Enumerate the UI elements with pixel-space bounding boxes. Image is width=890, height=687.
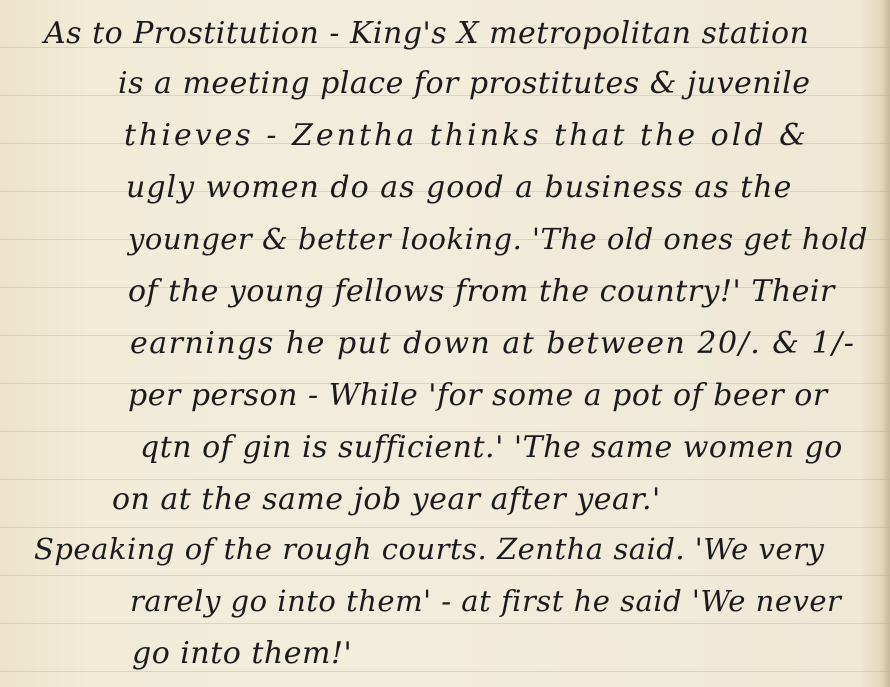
manuscript-line-7: earnings he put down at between 20/. & 1… bbox=[130, 326, 855, 361]
manuscript-line-8: per person - While 'for some a pot of be… bbox=[128, 378, 828, 413]
manuscript-line-4: ugly women do as good a business as the bbox=[126, 170, 792, 205]
manuscript-line-3: thieves - Zentha thinks that the old & bbox=[124, 118, 809, 153]
manuscript-line-2: is a meeting place for prostitutes & juv… bbox=[118, 66, 811, 101]
manuscript-line-1: As to Prostitution - King's X metropolit… bbox=[44, 16, 809, 51]
manuscript-page: As to Prostitution - King's X metropolit… bbox=[0, 0, 890, 687]
manuscript-line-11: Speaking of the rough courts. Zentha sai… bbox=[34, 532, 824, 566]
manuscript-line-12: rarely go into them' - at first he said … bbox=[130, 584, 841, 618]
manuscript-line-10: on at the same job year after year.' bbox=[112, 482, 661, 517]
manuscript-line-13: go into them!' bbox=[132, 636, 352, 671]
page-edge-shadow bbox=[882, 0, 890, 687]
manuscript-line-9: qtn of gin is sufficient.' 'The same wom… bbox=[140, 430, 843, 465]
manuscript-line-6: of the young fellows from the country!' … bbox=[128, 274, 835, 309]
manuscript-line-5: younger & better looking. 'The old ones … bbox=[128, 222, 868, 256]
